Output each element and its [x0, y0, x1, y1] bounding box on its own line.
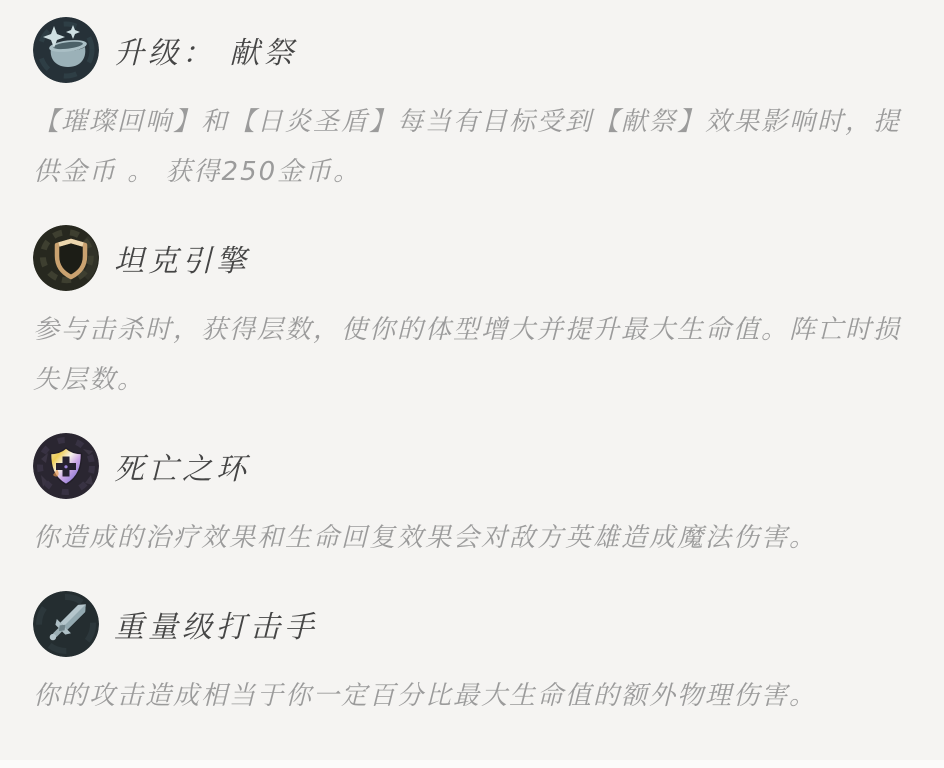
augment-entry-heavyweight-striker: 重量级打击手 你的攻击造成相当于你一定百分比最大生命值的额外物理伤害。 — [33, 591, 908, 721]
augment-entry-tank-engine: 坦克引擎 参与击杀时，获得层数，使你的体型增大并提升最大生命值。阵亡时损失层数。 — [33, 225, 908, 405]
sword-icon — [33, 591, 99, 657]
bottom-edge-strip — [0, 760, 944, 768]
augment-description: 【璀璨回响】和【日炎圣盾】每当有目标受到【献祭】效果影响时，提供金币 。 获得2… — [33, 97, 908, 197]
augment-title: 升级： 献祭 — [114, 28, 298, 72]
augment-header: 坦克引擎 — [33, 225, 908, 291]
augment-title: 坦克引擎 — [114, 236, 250, 280]
augment-header: 死亡之环 — [33, 433, 908, 499]
cauldron-sparkles-icon — [33, 17, 99, 83]
augment-title: 死亡之环 — [114, 444, 250, 488]
augment-description: 参与击杀时，获得层数，使你的体型增大并提升最大生命值。阵亡时损失层数。 — [33, 305, 908, 405]
prismatic-shield-cross-icon — [33, 433, 99, 499]
augment-tooltip-panel: 升级： 献祭 【璀璨回响】和【日炎圣盾】每当有目标受到【献祭】效果影响时，提供金… — [0, 0, 944, 768]
augment-description: 你的攻击造成相当于你一定百分比最大生命值的额外物理伤害。 — [33, 671, 908, 721]
gold-shield-icon — [33, 225, 99, 291]
augment-entry-ring-of-death: 死亡之环 你造成的治疗效果和生命回复效果会对敌方英雄造成魔法伤害。 — [33, 433, 908, 563]
augment-header: 升级： 献祭 — [33, 17, 908, 83]
augment-title: 重量级打击手 — [114, 602, 318, 646]
augment-header: 重量级打击手 — [33, 591, 908, 657]
augment-entry-upgrade-sacrifice: 升级： 献祭 【璀璨回响】和【日炎圣盾】每当有目标受到【献祭】效果影响时，提供金… — [33, 17, 908, 197]
augment-description: 你造成的治疗效果和生命回复效果会对敌方英雄造成魔法伤害。 — [33, 513, 908, 563]
